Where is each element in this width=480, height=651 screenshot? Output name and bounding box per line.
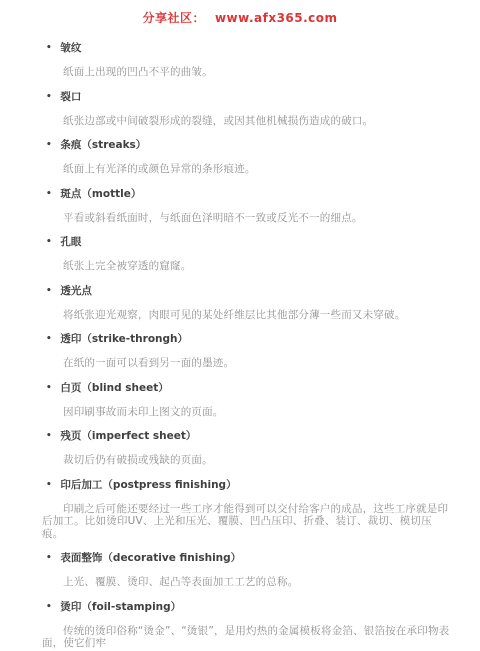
document-page: 分享社区：www.afx365.com • 皱纹 纸面上出现的凹凸不平的曲皱。 … bbox=[0, 0, 480, 651]
term-heading: • 斑点（mottle） bbox=[42, 188, 450, 201]
term-item: • 白页（blind sheet） 因印刷事故而未印上图文的页面。 bbox=[42, 382, 450, 419]
term-heading: • 透印（strike-throngh） bbox=[42, 333, 450, 346]
term-heading: • 皱纹 bbox=[42, 42, 450, 55]
term-title: 表面整饰（decorative finishing） bbox=[60, 552, 241, 564]
term-definition: 裁切后仍有破损或残缺的页面。 bbox=[42, 454, 450, 467]
term-title: 透光点 bbox=[60, 285, 92, 297]
term-definition: 纸面上有光泽的或颜色异常的条形痕迹。 bbox=[42, 163, 450, 176]
site-header: 分享社区：www.afx365.com bbox=[0, 0, 480, 26]
term-heading: • 烫印（foil-stamping） bbox=[42, 601, 450, 614]
bullet-icon: • bbox=[46, 430, 52, 443]
term-title: 孔眼 bbox=[60, 236, 81, 248]
term-definition: 平看或斜看纸面时，与纸面色泽明暗不一致或反光不一的细点。 bbox=[42, 212, 450, 225]
bullet-icon: • bbox=[46, 479, 52, 492]
term-heading: • 孔眼 bbox=[42, 236, 450, 249]
term-title: 斑点（mottle） bbox=[60, 188, 141, 200]
term-definition: 传统的烫印俗称“烫金”、“烫银”，是用灼热的金属模板将金箔、银箔按在承印物表面，… bbox=[42, 625, 450, 650]
term-title: 烫印（foil-stamping） bbox=[60, 601, 181, 613]
term-definition: 纸张上完全被穿透的窟窿。 bbox=[42, 260, 450, 273]
term-title: 白页（blind sheet） bbox=[60, 382, 168, 394]
term-item: • 条痕（streaks） 纸面上有光泽的或颜色异常的条形痕迹。 bbox=[42, 139, 450, 176]
term-title: 印后加工（postpress finishing） bbox=[60, 479, 236, 491]
term-definition: 印刷之后可能还要经过一些工序才能得到可以交付给客户的成品，这些工序就是印后加工。… bbox=[42, 503, 450, 541]
term-item: • 表面整饰（decorative finishing） 上光、覆膜、烫印、起凸… bbox=[42, 552, 450, 589]
term-item: • 残页（imperfect sheet） 裁切后仍有破损或残缺的页面。 bbox=[42, 430, 450, 467]
term-heading: • 印后加工（postpress finishing） bbox=[42, 479, 450, 492]
glossary-term-list: • 皱纹 纸面上出现的凹凸不平的曲皱。 • 裂口 纸张边部或中间破裂形成的裂缝，… bbox=[0, 42, 480, 650]
term-heading: • 裂口 bbox=[42, 91, 450, 104]
bullet-icon: • bbox=[46, 601, 52, 614]
term-heading: • 透光点 bbox=[42, 285, 450, 298]
bullet-icon: • bbox=[46, 139, 52, 152]
term-item: • 透光点 将纸张迎光观察，肉眼可见的某处纤维层比其他部分薄一些而又未穿破。 bbox=[42, 285, 450, 322]
site-name-label: 分享社区： bbox=[142, 11, 205, 25]
term-title: 裂口 bbox=[60, 91, 81, 103]
term-title: 皱纹 bbox=[60, 42, 81, 54]
term-item: • 透印（strike-throngh） 在纸的一面可以看到另一面的墨迹。 bbox=[42, 333, 450, 370]
term-heading: • 白页（blind sheet） bbox=[42, 382, 450, 395]
term-title: 透印（strike-throngh） bbox=[60, 333, 188, 345]
bullet-icon: • bbox=[46, 42, 52, 55]
term-definition: 纸面上出现的凹凸不平的曲皱。 bbox=[42, 66, 450, 79]
bullet-icon: • bbox=[46, 382, 52, 395]
term-item: • 烫印（foil-stamping） 传统的烫印俗称“烫金”、“烫银”，是用灼… bbox=[42, 601, 450, 650]
term-title: 条痕（streaks） bbox=[60, 139, 146, 151]
term-item: • 孔眼 纸张上完全被穿透的窟窿。 bbox=[42, 236, 450, 273]
bullet-icon: • bbox=[46, 285, 52, 298]
term-item: • 印后加工（postpress finishing） 印刷之后可能还要经过一些… bbox=[42, 479, 450, 541]
term-heading: • 条痕（streaks） bbox=[42, 139, 450, 152]
term-definition: 上光、覆膜、烫印、起凸等表面加工工艺的总称。 bbox=[42, 576, 450, 589]
term-item: • 皱纹 纸面上出现的凹凸不平的曲皱。 bbox=[42, 42, 450, 79]
term-definition: 将纸张迎光观察，肉眼可见的某处纤维层比其他部分薄一些而又未穿破。 bbox=[42, 309, 450, 322]
term-definition: 因印刷事故而未印上图文的页面。 bbox=[42, 406, 450, 419]
term-item: • 裂口 纸张边部或中间破裂形成的裂缝，或因其他机械损伤造成的破口。 bbox=[42, 91, 450, 128]
bullet-icon: • bbox=[46, 91, 52, 104]
term-heading: • 表面整饰（decorative finishing） bbox=[42, 552, 450, 565]
term-definition: 纸张边部或中间破裂形成的裂缝，或因其他机械损伤造成的破口。 bbox=[42, 115, 450, 128]
term-title: 残页（imperfect sheet） bbox=[60, 430, 196, 442]
bullet-icon: • bbox=[46, 333, 52, 346]
bullet-icon: • bbox=[46, 552, 52, 565]
term-definition: 在纸的一面可以看到另一面的墨迹。 bbox=[42, 357, 450, 370]
term-item: • 斑点（mottle） 平看或斜看纸面时，与纸面色泽明暗不一致或反光不一的细点… bbox=[42, 188, 450, 225]
bullet-icon: • bbox=[46, 236, 52, 249]
term-heading: • 残页（imperfect sheet） bbox=[42, 430, 450, 443]
bullet-icon: • bbox=[46, 188, 52, 201]
site-url-link[interactable]: www.afx365.com bbox=[215, 11, 338, 25]
